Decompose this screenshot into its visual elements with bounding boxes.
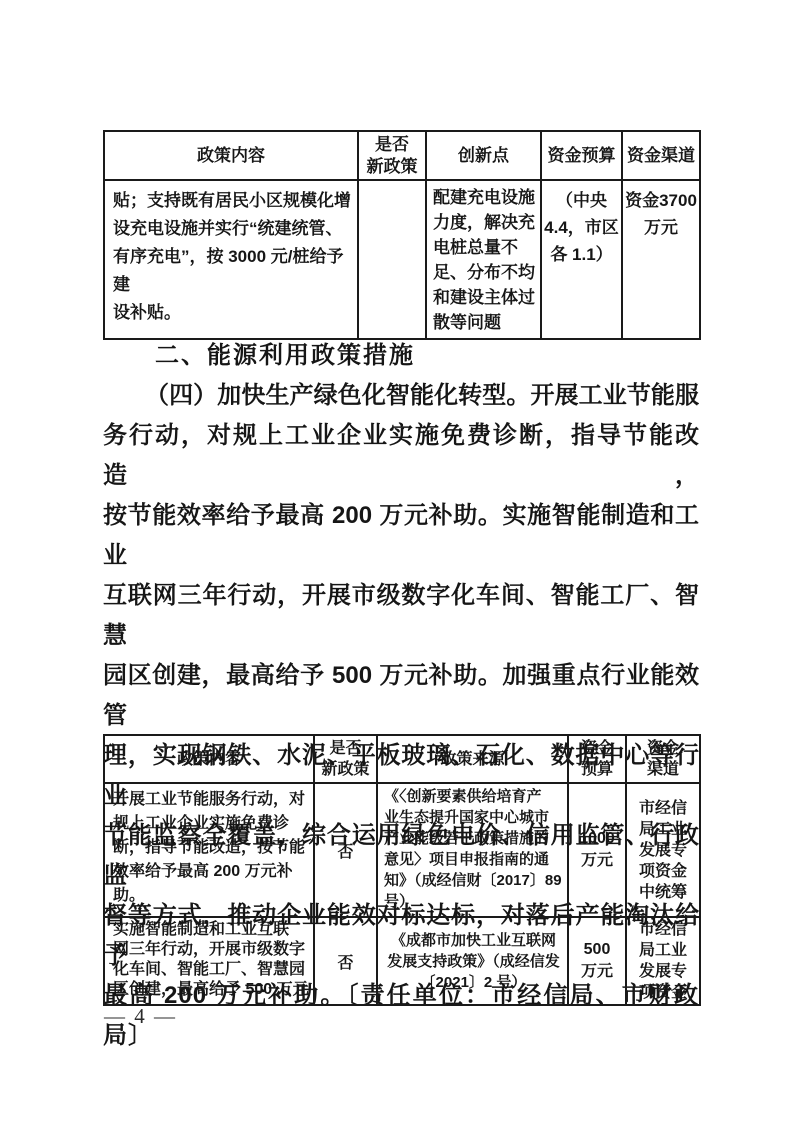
policy-table-top: 政策内容 是否 新政策 创新点 资金预算 资金渠道 贴；支持既有居民小区规模化增… (103, 130, 701, 340)
page-number: — 4 — (104, 1004, 177, 1029)
top-cell-policy-content: 贴；支持既有居民小区规模化增 设充电设施并实行“统建统管、 有序充电”，按 30… (104, 180, 358, 339)
paragraph-line: 园区创建，最高给予 500 万元补助。加强重点行业能效管 (103, 656, 699, 736)
bottom-header-funding-channel: 资金 渠道 (626, 735, 700, 783)
top-cell-innovation-point: 配建充电设施 力度，解决充 电桩总量不 足、分布不均 和建设主体过 散等问题 (426, 180, 541, 339)
top-cell-funding-channel: 资金3700 万元 (622, 180, 700, 339)
top-cell-budget: （中央 4.4，市区 各 1.1） (541, 180, 622, 339)
bottom-header-is-new-policy: 是否 新政策 (314, 735, 377, 783)
bottom-row2-is-new-policy: 否 (314, 917, 377, 1005)
top-header-budget: 资金预算 (541, 131, 622, 180)
paragraph-line: 务行动，对规上工业企业实施免费诊断，指导节能改造， (103, 416, 699, 496)
bottom-row1-is-new-policy: 否 (314, 783, 377, 917)
top-header-funding-channel: 资金渠道 (622, 131, 700, 180)
table-row: 实施智能制造和工业互联 网三年行动，开展市级数字 化车间、智能工厂、智慧园 区创… (104, 917, 700, 1005)
top-table-header-row: 政策内容 是否 新政策 创新点 资金预算 资金渠道 (104, 131, 700, 180)
paragraph-line: 按节能效率给予最高 200 万元补助。实施智能制造和工业 (103, 496, 699, 576)
bottom-row2-policy-source: 《成都市加快工业互联网 发展支持政策》（成经信发 〔2021〕2 号） (377, 917, 568, 1005)
bottom-row1-budget: 1000 万元 (568, 783, 626, 917)
bottom-row1-policy-content: 开展工业节能服务行动，对 规上工业企业实施免费诊 断，指导节能改造，按节能 效率… (104, 783, 314, 917)
bottom-row2-funding-channel: 市经信 局工业 发展专 项资金 (626, 917, 700, 1005)
bottom-header-policy-content: 政策内容 (104, 735, 314, 783)
bottom-row1-policy-source: 《〈创新要素供给培育产 业生态提升国家中心城市 产业能级若干政策措施的 意见〉项… (377, 783, 568, 917)
top-header-is-new-policy: 是否 新政策 (358, 131, 426, 180)
paragraph-line: 互联网三年行动，开展市级数字化车间、智能工厂、智慧 (103, 576, 699, 656)
top-cell-is-new-policy (358, 180, 426, 339)
section-heading: 二、能源利用政策措施 (103, 336, 699, 376)
top-header-policy-content: 政策内容 (104, 131, 358, 180)
bottom-header-budget: 资金 预算 (568, 735, 626, 783)
table-row: 开展工业节能服务行动，对 规上工业企业实施免费诊 断，指导节能改造，按节能 效率… (104, 783, 700, 917)
document-page: 政策内容 是否 新政策 创新点 资金预算 资金渠道 贴；支持既有居民小区规模化增… (0, 0, 800, 1131)
bottom-table-header-row: 政策内容 是否 新政策 政策来源 资金 预算 资金 渠道 (104, 735, 700, 783)
bottom-row2-budget: 500 万元 (568, 917, 626, 1005)
table-row: 贴；支持既有居民小区规模化增 设充电设施并实行“统建统管、 有序充电”，按 30… (104, 180, 700, 339)
paragraph-line: （四）加快生产绿色化智能化转型。开展工业节能服 (103, 376, 699, 416)
bottom-header-policy-source: 政策来源 (377, 735, 568, 783)
bottom-row1-funding-channel: 市经信 局工业 发展专 项资金 中统筹 (626, 783, 700, 917)
bottom-row2-policy-content: 实施智能制造和工业互联 网三年行动，开展市级数字 化车间、智能工厂、智慧园 区创… (104, 917, 314, 1005)
policy-table-bottom: 政策内容 是否 新政策 政策来源 资金 预算 资金 渠道 开展工业节能服务行动，… (103, 734, 701, 1006)
top-header-innovation-point: 创新点 (426, 131, 541, 180)
